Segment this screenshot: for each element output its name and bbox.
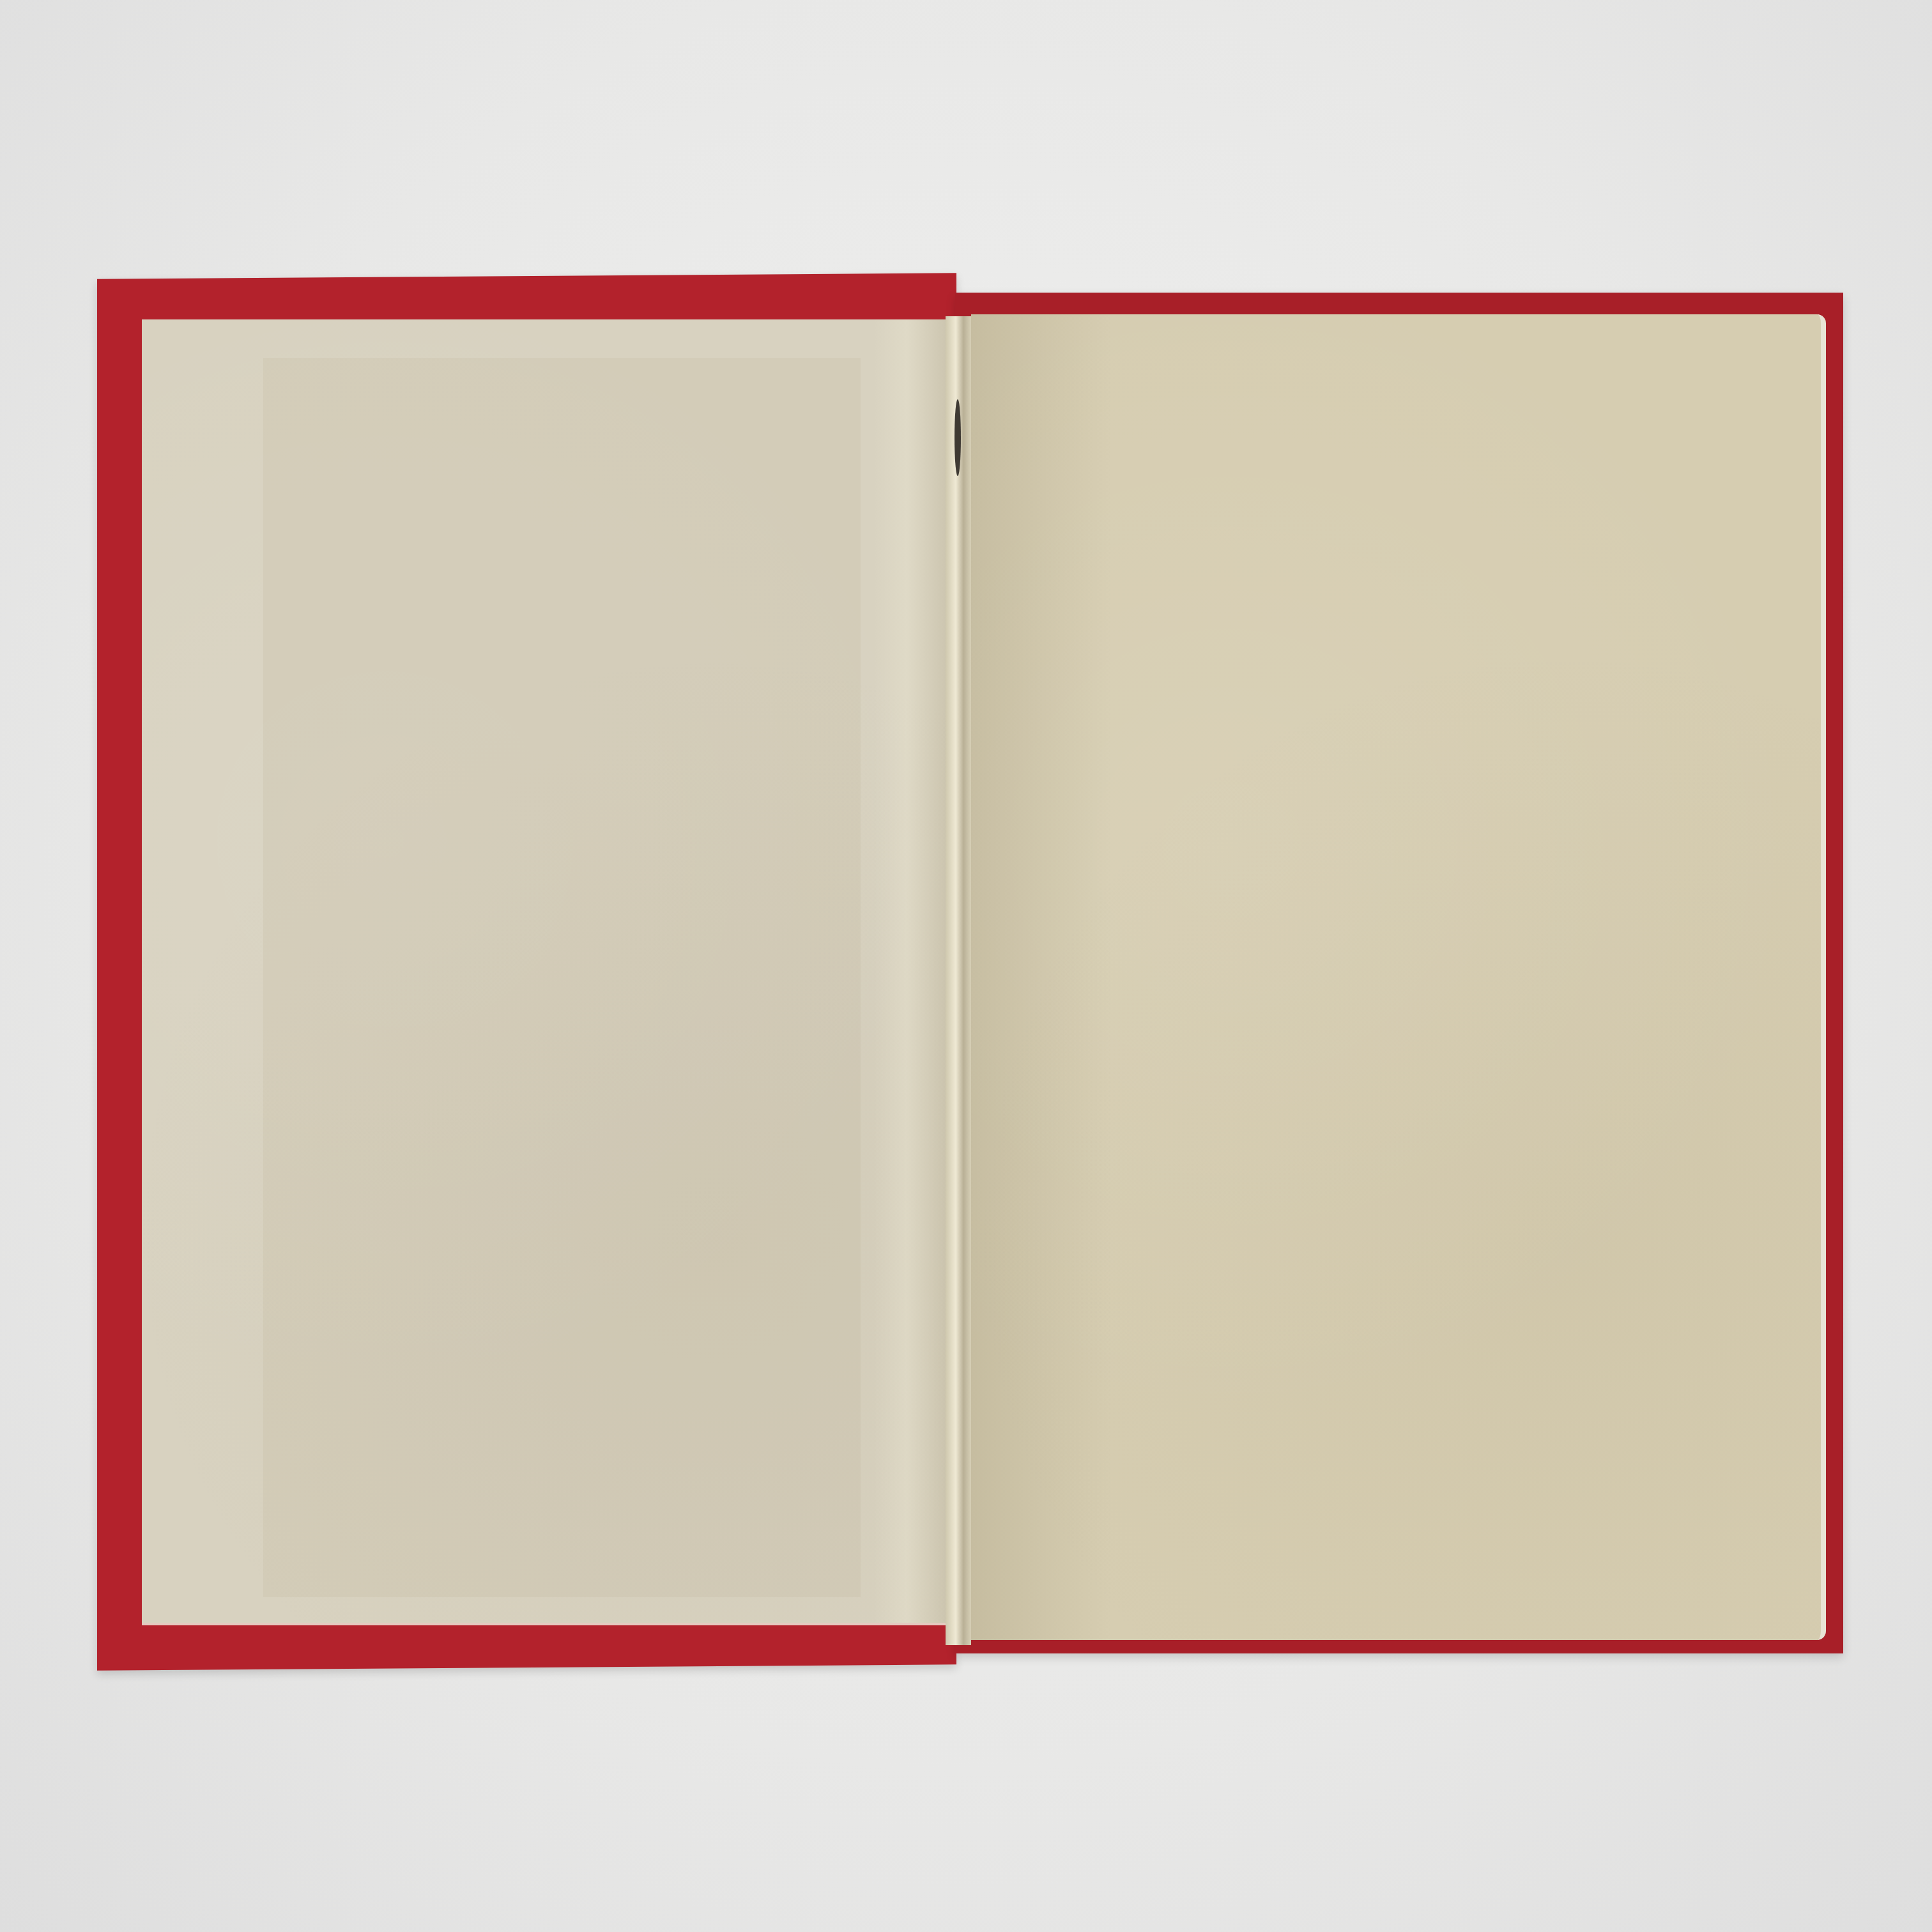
- right-flyleaf: [971, 314, 1826, 1640]
- book-gutter: [946, 316, 971, 1645]
- left-hinge-fold: [873, 319, 956, 1623]
- right-page-gutter-shadow: [971, 314, 1112, 1640]
- gutter-tear: [954, 399, 961, 476]
- left-endpaper: [142, 319, 956, 1625]
- left-endpaper-discoloration: [263, 358, 861, 1597]
- open-book: [0, 0, 1932, 1932]
